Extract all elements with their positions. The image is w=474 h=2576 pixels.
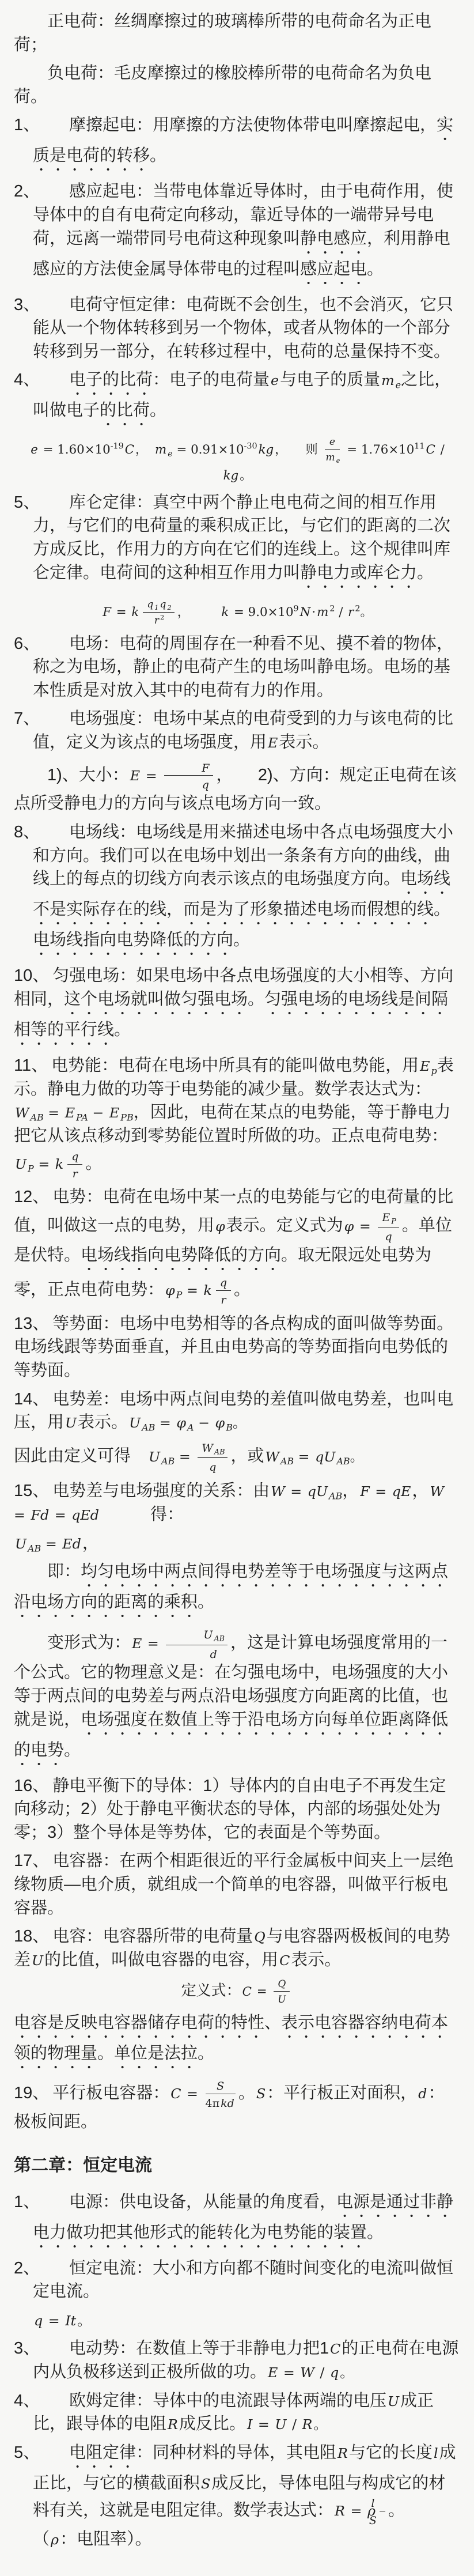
item-number: 15、 xyxy=(14,1482,49,1500)
text-segment: AB xyxy=(161,1456,175,1467)
text-segment: 的比荷。 xyxy=(100,401,166,420)
text-segment: ρ xyxy=(51,2532,59,2548)
text-segment: 摩擦起电：用摩擦的方法使物体带电叫摩擦起电， xyxy=(69,116,437,134)
text-segment: = xyxy=(286,1483,306,1499)
text-segment: φ xyxy=(215,1218,225,1234)
fraction-denominator: q xyxy=(198,1458,227,1474)
item-15-variant-formula: 变形式为：E = UABd，这是计算电场强度常用的一个公式。它的物理意义是：在匀… xyxy=(14,1626,460,1769)
item-number: 12、 xyxy=(14,1188,49,1206)
item-number: 6、 xyxy=(14,632,69,656)
text-segment: 变形式为： xyxy=(47,1634,131,1652)
text-segment: q xyxy=(330,2365,339,2381)
text-segment: = xyxy=(253,1985,271,1999)
text-segment: − xyxy=(88,1105,108,1121)
text-segment: q xyxy=(160,599,166,610)
text-segment: = xyxy=(143,1636,163,1652)
fraction-denominator: q xyxy=(164,776,213,792)
item-number: 4、 xyxy=(14,368,69,392)
text-segment: 。 xyxy=(240,469,252,483)
text-segment: 。 xyxy=(367,260,384,278)
text-segment: qU xyxy=(308,1483,328,1499)
text-segment: r xyxy=(348,605,354,620)
text-segment: 表示。 xyxy=(291,1951,341,1969)
fraction: QU xyxy=(274,1977,290,2006)
text-segment: U xyxy=(203,1629,213,1641)
text-segment: 表示。 xyxy=(78,1413,128,1431)
text-segment: kg xyxy=(223,469,239,483)
fraction: Fq xyxy=(164,760,213,792)
text-segment: 电势能：电荷在电场中所具有的能叫做电势能，用 xyxy=(51,1056,419,1075)
fraction: eme xyxy=(325,435,340,464)
text-segment: 电动势：在数值上等于非静电力把1 xyxy=(69,2339,329,2358)
text-segment: AB xyxy=(28,1543,41,1554)
text-segment: ：平行板正对面积， xyxy=(267,2084,417,2102)
item-12-potential: 12、电势：电荷在电场中某一点的电势能与它的电荷量的比值，叫做这一点的电势，用φ… xyxy=(14,1185,460,1306)
text-segment: 。 xyxy=(340,2365,354,2381)
item-number: 7、 xyxy=(14,707,69,731)
text-segment: U xyxy=(388,2393,399,2409)
text-segment: = xyxy=(253,2416,274,2433)
text-segment: E xyxy=(268,2365,278,2381)
text-segment: l xyxy=(371,2497,374,2510)
item-number: 16、 xyxy=(14,1777,49,1795)
item-7-sub-magnitude-direction: 1)、大小：E = Fq， 2)、方向：规定正电荷在该点所受静电力的方向与该点电… xyxy=(14,760,460,815)
fraction-numerator: q1q2 xyxy=(143,597,174,613)
text-segment: U xyxy=(149,1449,160,1465)
text-segment: 电子的比荷 xyxy=(69,371,153,389)
text-segment: = xyxy=(279,2365,299,2381)
text-segment: P xyxy=(176,1290,183,1301)
item-8-field-lines: 8、电场线：电场线是用来描述电场中各点电场强度大小和方向。我们可以在电场中划出一… xyxy=(14,821,460,959)
ch2-item-5-resistance-law: 5、电阻定律：同种材料的导体，其电阻R与它的长度l成正比，与它的横截面积S成反比… xyxy=(14,2441,460,2551)
text-segment: 2 xyxy=(167,603,171,611)
text-segment: 。 xyxy=(77,2313,91,2329)
text-segment: C xyxy=(125,443,134,457)
item-14-formula-line: 因此由定义可得 UAB = WABq，或WAB = qUAB。 xyxy=(14,1440,460,1474)
item-19-parallel-plate-capacitor: 19、平行板电容器：C = S4πkd。S：平行板正对面积，d：极板间距。 xyxy=(14,2078,460,2133)
item-15-uab-ed: UAB = Ed， xyxy=(14,1532,460,1555)
text-segment: = xyxy=(41,1536,61,1552)
fraction-numerator: EP xyxy=(378,1209,399,1227)
text-segment: 静电感应 xyxy=(300,229,367,248)
text-segment: ， 则 xyxy=(275,443,321,457)
text-segment: 电场强度：电场中某点的电荷受到的力与该电荷的比值，定义为该点的电场强度，用 xyxy=(33,709,453,751)
text-segment: qEd xyxy=(71,1507,99,1523)
text-segment: l xyxy=(434,2445,438,2461)
text-segment: = xyxy=(294,1449,314,1465)
text-segment: 成反比。 xyxy=(179,2415,246,2433)
text-segment: Ed xyxy=(62,1536,81,1552)
text-segment: / xyxy=(316,2365,329,2381)
text-segment: S xyxy=(217,2080,224,2092)
text-segment: ， xyxy=(342,1482,359,1500)
text-segment: m xyxy=(317,605,328,620)
text-segment: 电阻定律 xyxy=(69,2443,136,2462)
text-segment: E xyxy=(268,735,278,751)
text-segment: I xyxy=(247,2416,252,2433)
fraction-numerator: Q xyxy=(274,1977,290,1992)
text-segment: It xyxy=(65,2313,76,2329)
text-segment: φ xyxy=(176,1415,186,1431)
text-segment: U xyxy=(275,2416,286,2433)
text-segment: r xyxy=(73,1168,78,1180)
text-segment: S xyxy=(201,2476,210,2492)
item-number: 3、 xyxy=(14,293,69,317)
item-number: 5、 xyxy=(14,2441,69,2465)
text-segment: ， xyxy=(412,1482,429,1500)
fraction: qr xyxy=(216,1274,231,1307)
text-segment: 电势差与电场强度的关系：由 xyxy=(52,1482,270,1500)
text-segment: 等势面：电场中电势相等的各点构成的面叫做等势面。电场线跟等势面垂直，并且由电势高… xyxy=(14,1315,453,1380)
text-segment: U xyxy=(15,1536,26,1552)
text-segment: m xyxy=(326,452,335,463)
ch2-item-3-emf: 3、电动势：在数值上等于非静电力把1C的正电荷在电源内从负极移送到正极所做的功。… xyxy=(14,2337,460,2384)
text-segment: 平行板电容器： xyxy=(52,2084,169,2102)
item-17-capacitor: 17、电容器：在两个相距很近的平行金属板中间夹上一层绝缘物质—电介质，就组成一个… xyxy=(14,1849,460,1920)
chapter-2-heading: 第二章：恒定电流 xyxy=(14,2154,460,2178)
text-segment: AB xyxy=(329,1491,342,1502)
text-segment: F xyxy=(360,1483,370,1499)
text-segment: 得： xyxy=(100,1505,184,1524)
text-segment: U xyxy=(32,1952,43,1969)
text-segment: 。 xyxy=(360,605,372,620)
text-segment: 。 xyxy=(233,1415,247,1431)
text-segment: 4π xyxy=(206,2097,220,2110)
text-segment: 与它的长度 xyxy=(349,2443,433,2462)
text-segment: = 1.76×10 xyxy=(343,443,414,457)
fraction-denominator: me xyxy=(325,450,340,464)
text-segment: = xyxy=(44,1105,64,1121)
text-segment: 与电子的质量 xyxy=(280,371,380,389)
text-segment: 电场：电荷的周围存在一种看不见、摸不着的物体，称之为电场，静止的电荷产生的电场叫… xyxy=(33,634,453,700)
item-4-electron-charge-mass-ratio: 4、电子的比荷：电子的电荷量e与电子的质量me之比，叫做电子的比荷。 xyxy=(14,368,460,429)
text-segment: d xyxy=(418,2086,427,2102)
text-segment: e xyxy=(31,443,38,457)
physics-notes-document: 正电荷：丝绸摩擦过的玻璃棒所带的电荷命名为正电荷；负电荷：毛皮摩擦过的橡胶棒所带… xyxy=(0,0,474,2576)
text-segment: A xyxy=(187,1422,194,1433)
text-segment: W xyxy=(265,1449,279,1465)
item-13-equipotential-surface: 13、等势面：电场中电势相等的各点构成的面叫做等势面。电场线跟等势面垂直，并且由… xyxy=(14,1312,460,1383)
text-segment: = 0.91×10 xyxy=(173,443,244,457)
text-segment: C xyxy=(330,2341,340,2357)
fraction: EPq xyxy=(378,1209,399,1244)
text-segment: 电源：供电设备，从能量的角度看， xyxy=(69,2193,336,2211)
fraction-numerator: e xyxy=(325,435,340,450)
text-segment: ， xyxy=(177,605,221,620)
text-segment: 电场线：电场线是用来描述电场中各点电场强度大小和方向。我们可以在电场中划出一条条… xyxy=(33,823,453,888)
text-segment: AB xyxy=(214,1635,225,1644)
text-segment: 11 xyxy=(414,442,424,451)
text-segment: m xyxy=(155,443,166,457)
text-segment: / xyxy=(287,2416,301,2433)
ch2-formula-q-it: q = It。 xyxy=(14,2309,460,2332)
text-segment: 。 xyxy=(417,564,434,582)
item-number: 3、 xyxy=(14,2337,69,2360)
text-segment: 。 xyxy=(234,1281,251,1299)
text-segment: q xyxy=(220,1276,227,1289)
text-segment: − xyxy=(194,1415,214,1431)
text-segment: q xyxy=(71,1150,78,1163)
text-segment: q xyxy=(209,1461,216,1474)
text-segment: 9 xyxy=(294,604,299,613)
text-segment: AB xyxy=(214,1448,225,1457)
fraction: q1q2r2 xyxy=(143,597,174,627)
text-segment: = xyxy=(34,1156,54,1172)
text-segment: k xyxy=(131,605,139,620)
text-segment: 电容器：在两个相距很近的平行金属板中间夹上一层绝缘物质—电介质，就组成一个简单的… xyxy=(14,1852,453,1917)
fraction-numerator: UAB xyxy=(166,1626,227,1645)
text-segment: U xyxy=(278,1994,286,2005)
text-segment: -30 xyxy=(244,442,257,451)
text-segment: 电荷守恒定律：电荷既不会创生，也不会消灭，它只能从一个物体转移到另一个物体，或者… xyxy=(33,296,453,361)
item-number: 4、 xyxy=(14,2389,69,2413)
text-segment: = xyxy=(44,2313,64,2329)
fraction-denominator: q xyxy=(378,1227,399,1244)
ch2-item-4-ohms-law: 4、欧姆定律：导体中的电流跟导体两端的电压U成正比，跟导体的电阻R成反比。I =… xyxy=(14,2389,460,2436)
text-segment: r xyxy=(154,615,159,626)
text-segment: 这个电场就叫做匀强电场。匀强电场的电场线是间隔相等的平行线。 xyxy=(14,990,448,1039)
text-segment: kd xyxy=(221,2097,234,2110)
text-segment: R xyxy=(302,2416,313,2433)
text-segment: ：同种材料的导体，其电阻 xyxy=(136,2443,336,2462)
text-segment: 2 xyxy=(160,613,164,621)
text-segment: AB xyxy=(30,1112,43,1123)
text-segment: ，因此，电荷在某点的电势能，等于静电力把它从该点移动到零势能位置时所做的功。正点… xyxy=(14,1103,451,1145)
text-segment: p xyxy=(431,1065,437,1076)
item-15-conclusion: 即：均匀电场中两点间得电势差等于电场强度与这两点沿电场方向的距离的乘积。 xyxy=(14,1560,460,1621)
fraction: lS xyxy=(380,2495,385,2528)
item-number: 18、 xyxy=(14,1927,49,1946)
text-segment: = xyxy=(50,1507,70,1523)
text-segment: 。 xyxy=(238,2084,255,2102)
fraction-numerator: WAB xyxy=(198,1440,227,1458)
text-segment: W xyxy=(271,1483,285,1499)
item-number: 14、 xyxy=(14,1390,49,1408)
text-segment: U xyxy=(129,1415,141,1431)
text-segment: = xyxy=(346,2503,366,2519)
text-segment: q xyxy=(202,779,209,791)
text-segment: 负电荷：毛皮摩擦过的橡胶棒所带的电荷命名为负电荷。 xyxy=(14,64,431,106)
text-segment: 电场线指向电势降低的方向。 xyxy=(81,1246,298,1264)
text-segment: 定义式： xyxy=(181,1982,241,2000)
text-segment: 。 xyxy=(85,1154,102,1173)
text-segment: S xyxy=(369,2514,377,2527)
item-number: 10、 xyxy=(14,966,49,985)
text-segment: F xyxy=(202,762,209,775)
text-segment: 第二章：恒定电流 xyxy=(14,2156,152,2175)
item-number: 1、 xyxy=(14,114,69,137)
text-segment: R xyxy=(335,2503,345,2519)
text-segment: m xyxy=(381,372,395,388)
text-segment: P xyxy=(28,1163,34,1174)
text-segment: φ xyxy=(344,1218,354,1234)
def-positive-charge: 正电荷：丝绸摩擦过的玻璃棒所带的电荷命名为正电荷； xyxy=(14,10,460,56)
text-segment: = 1.60×10 xyxy=(39,443,111,457)
text-segment: 的比值，叫做电容器的电容，用 xyxy=(44,1951,278,1969)
fraction-numerator: q xyxy=(67,1148,82,1165)
item-number: 13、 xyxy=(14,1315,49,1333)
text-segment: R xyxy=(168,2416,178,2433)
text-segment: = xyxy=(182,2086,202,2102)
item-10-uniform-field: 10、匀强电场：如果电场中各点电场强度的大小相等、方向相同，这个电场就叫做匀强电… xyxy=(14,964,460,1049)
text-segment: U xyxy=(15,1156,26,1172)
text-segment: e xyxy=(271,372,279,388)
item-number: 8、 xyxy=(14,821,69,844)
text-segment: = xyxy=(155,1415,175,1431)
text-segment: AB xyxy=(336,1456,350,1467)
text-segment: k xyxy=(203,1282,211,1298)
text-segment: e xyxy=(396,380,401,391)
text-segment: = 9.0×10 xyxy=(230,605,293,620)
fraction-denominator: U xyxy=(274,1992,290,2006)
text-segment: S xyxy=(256,2086,266,2102)
text-segment: 因此由定义可得 xyxy=(14,1447,147,1465)
text-segment: Fd xyxy=(31,1507,49,1523)
fraction: UABd xyxy=(166,1626,227,1661)
text-segment: q xyxy=(34,2313,43,2329)
fraction-denominator: 4πkd xyxy=(206,2094,236,2110)
text-segment: Q xyxy=(278,1978,286,1990)
text-segment: q xyxy=(385,1230,392,1243)
item-1-friction-charging: 1、摩擦起电：用摩擦的方法使物体带电叫摩擦起电，实质是电荷的转移。 xyxy=(14,114,460,175)
text-segment: PB xyxy=(120,1112,133,1123)
text-segment: = xyxy=(112,605,130,620)
text-segment: E xyxy=(109,1105,119,1121)
text-segment: = xyxy=(355,1218,375,1234)
text-segment: AB xyxy=(280,1456,294,1467)
item-15-relation-U-E: 15、电势差与电场强度的关系：由W = qUAB，F = qE，W = Fd =… xyxy=(14,1479,460,1527)
text-segment: = xyxy=(141,768,161,784)
text-segment: 电容：电容器所带的电荷量 xyxy=(52,1927,253,1946)
text-segment: 感应起电 xyxy=(300,260,367,278)
text-segment: 表示。定义式为 xyxy=(226,1217,343,1235)
item-2-induction-charging: 2、感应起电：当带电体靠近导体时，由于电荷作用，使导体中的自有电荷定向移动，靠近… xyxy=(14,180,460,288)
item-number: 1、 xyxy=(14,2190,69,2214)
item-5-coulomb-law: 5、库仑定律：真空中两个静止电电荷之间的相互作用力，与它们的电荷量的乘积成正比，… xyxy=(14,491,460,592)
fraction-numerator: q xyxy=(216,1274,231,1291)
text-segment: ：电阻率）。 xyxy=(60,2530,152,2548)
fraction-denominator: S xyxy=(380,2511,385,2528)
text-segment: E xyxy=(132,1636,142,1652)
text-segment: qU xyxy=(315,1449,335,1465)
fraction-denominator: r xyxy=(67,1165,82,1181)
text-segment: 欧姆定律：导体中的电流跟导体两端的电压 xyxy=(69,2392,386,2410)
text-segment: qE xyxy=(392,1483,411,1499)
text-segment: F xyxy=(103,605,111,620)
item-18-capacitance-note: 电容是反映电容器储存电荷的特性、表示电容器容纳电荷本领的物理量。单位是法拉。 xyxy=(14,2011,460,2072)
text-segment: r xyxy=(221,1294,226,1306)
text-segment: ：电子的电荷量 xyxy=(153,371,270,389)
item-7-field-strength: 7、电场强度：电场中某点的电荷受到的力与该电荷的比值，定义为该点的电场强度，用E… xyxy=(14,707,460,754)
text-segment: E xyxy=(420,1058,430,1074)
fraction: S4πkd xyxy=(206,2078,236,2110)
item-16-electrostatic-equilibrium: 16、静电平衡下的导体：1）导体内的自由电子不再发生定向移动；2）处于静电平衡状… xyxy=(14,1774,460,1845)
text-segment: C xyxy=(426,443,435,457)
text-segment: -19 xyxy=(111,442,124,451)
text-segment: PA xyxy=(76,1112,88,1123)
text-segment: = xyxy=(371,1483,391,1499)
text-segment: kg xyxy=(259,443,274,457)
formula-electron-values: e = 1.60×10-19C， me = 0.91×10-30kg， 则 em… xyxy=(14,435,460,485)
text-segment: 电容是反映电容器储存电荷的特性、表示电容器容纳电荷本领的物理量。单位是法拉。 xyxy=(14,2014,448,2063)
text-segment: E xyxy=(130,768,140,784)
text-segment: E xyxy=(382,1211,390,1224)
text-segment: ， xyxy=(135,443,154,457)
text-segment: 静电力或库仑力 xyxy=(300,564,417,582)
text-segment: N xyxy=(300,605,311,620)
item-6-electric-field: 6、电场：电荷的周围存在一种看不见、摸不着的物体，称之为电场，静止的电荷产生的电… xyxy=(14,632,460,702)
text-segment: d xyxy=(210,1648,217,1661)
fraction-denominator: d xyxy=(166,1645,227,1661)
text-segment: = xyxy=(175,1449,195,1465)
text-segment: W xyxy=(15,1105,29,1121)
text-segment: = xyxy=(14,1507,29,1523)
text-segment: E xyxy=(65,1105,75,1121)
def-negative-charge: 负电荷：毛皮摩擦过的橡胶棒所带的电荷命名为负电荷。 xyxy=(14,62,460,108)
text-segment: 恒定电流：大小和方向都不随时间变化的电流叫做恒定电流。 xyxy=(33,2259,453,2301)
text-segment: 静电平衡下的导体：1）导体内的自由电子不再发生定向移动；2）处于静电平衡状态的导… xyxy=(14,1777,446,1842)
text-segment: W xyxy=(202,1442,213,1455)
item-number: 11、 xyxy=(14,1056,48,1075)
item-18-capacitance: 18、电容：电容器所带的电荷量Q与电容器两极板间的电势差U的比值，叫做电容器的电… xyxy=(14,1925,460,1971)
text-segment: R xyxy=(338,2445,348,2461)
text-segment: C xyxy=(279,1952,290,1969)
text-segment: 表示。 xyxy=(279,733,329,751)
item-number: 2、 xyxy=(14,2257,69,2280)
item-number: 17、 xyxy=(14,1852,49,1870)
fraction-numerator: S xyxy=(206,2078,236,2094)
formula-coulomb-law: F = kq1q2r2， k = 9.0×109N·m2 / r2。 xyxy=(14,597,460,627)
item-number: 19、 xyxy=(14,2084,49,2102)
formula-capacitance-definition: 定义式：C = QU xyxy=(14,1977,460,2006)
item-number: 5、 xyxy=(14,491,69,515)
text-segment: B xyxy=(226,1422,233,1433)
text-segment: 正电荷：丝绸摩擦过的玻璃棒所带的电荷命名为正电荷； xyxy=(14,12,431,54)
text-segment: / xyxy=(335,605,347,620)
text-segment: ， xyxy=(82,1534,99,1553)
text-segment: / xyxy=(437,443,445,457)
text-segment: φ xyxy=(165,1282,175,1298)
ch2-item-2-steady-current: 2、恒定电流：大小和方向都不随时间变化的电流叫做恒定电流。 xyxy=(14,2257,460,2303)
fraction: qr xyxy=(67,1148,82,1181)
text-segment: e xyxy=(329,436,335,448)
item-3-charge-conservation: 3、电荷守恒定律：电荷既不会创生，也不会消灭，它只能从一个物体转移到另一个物体，… xyxy=(14,293,460,364)
item-11-potential-energy: 11、电势能：电荷在电场中所具有的能叫做电势能，用Ep表示。静电力做的功等于电势… xyxy=(14,1054,460,1181)
text-segment: P xyxy=(391,1218,396,1226)
fraction-denominator: r2 xyxy=(143,613,174,627)
text-segment: k xyxy=(55,1156,63,1172)
text-segment: AB xyxy=(142,1422,155,1433)
text-segment: W xyxy=(300,2365,314,2381)
text-segment: = xyxy=(182,1282,202,1298)
item-14-potential-difference: 14、电势差：电场中两点间电势的差值叫做电势差，也叫电压，用U表示。UAB = … xyxy=(14,1388,460,1435)
text-segment: e xyxy=(336,456,340,464)
fraction: WABq xyxy=(198,1440,227,1474)
text-segment: U xyxy=(65,1415,77,1431)
text-segment: ，或 xyxy=(230,1447,264,1465)
fraction-numerator: l xyxy=(380,2495,385,2511)
text-segment: W xyxy=(430,1483,443,1499)
text-segment: · xyxy=(312,605,316,620)
ch2-item-1-power-source: 1、电源：供电设备，从能量的角度看，电源是通过非静电力做功把其他形式的能转化为电… xyxy=(14,2190,460,2252)
item-number: 2、 xyxy=(14,180,69,203)
text-segment: C xyxy=(170,2086,181,2102)
text-segment: 。 xyxy=(350,1449,364,1465)
text-segment: φ xyxy=(215,1415,225,1431)
text-segment: k xyxy=(221,605,229,620)
fraction-numerator: F xyxy=(164,760,213,776)
text-segment: Q xyxy=(254,1929,265,1945)
